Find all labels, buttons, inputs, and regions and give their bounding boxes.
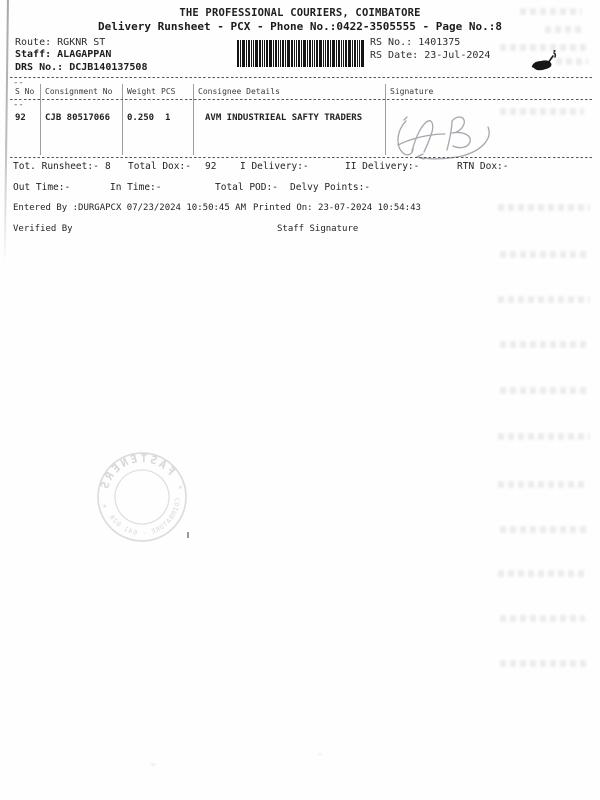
col-header-weight: Weight	[127, 87, 156, 96]
bleed-through-mark	[498, 204, 590, 211]
scan-edge-line	[4, 0, 9, 264]
bleed-through-mark	[520, 8, 582, 15]
rs-no-line: RS No.: 1401375	[370, 37, 460, 48]
in-time-label: In Time:-	[110, 182, 161, 193]
col-header-sno: S No	[15, 87, 34, 96]
stamp-bottom-text: COIMBATORE - 641 028	[107, 496, 190, 546]
drs-value: DCJB140137508	[69, 62, 147, 73]
bleed-through-mark	[556, 58, 588, 65]
route-line: Route: RGKNR ST	[15, 37, 105, 48]
bleed-through-mark	[498, 296, 590, 303]
col-header-consignee: Consignee Details	[198, 87, 280, 96]
stamp-top-text: FASTENERS	[91, 443, 179, 495]
rs-date-label: RS Date:	[370, 50, 418, 61]
bleed-through-mark	[545, 26, 585, 33]
route-label: Route:	[15, 37, 51, 48]
total-runsheet-label: Tot. Runsheet:-	[13, 161, 99, 172]
stamp-star-left: *	[177, 484, 184, 494]
page-subtitle: Delivery Runsheet - PCX - Phone No.:0422…	[0, 20, 600, 33]
total-dox-value: 92	[205, 161, 216, 172]
bleed-through-mark	[498, 481, 588, 488]
drs-line: DRS No.: DCJB140137508	[15, 62, 147, 73]
printed-on-text: Printed On: 23-07-2024 10:54:43	[253, 203, 421, 213]
col-header-consignment: Consignment No	[45, 87, 112, 96]
bleed-through-mark	[500, 108, 584, 115]
table-column-line-3	[193, 84, 194, 155]
bleed-through-mark	[500, 526, 588, 533]
out-time-label: Out Time:-	[13, 182, 70, 193]
scan-speck	[318, 753, 322, 756]
total-pod-label: Total POD:-	[215, 182, 278, 193]
entered-by-text: Entered By :DURGAPCX 07/23/2024 10:50:45…	[13, 203, 246, 213]
svg-text:COIMBATORE - 641 028: COIMBATORE - 641 028	[107, 496, 190, 546]
dashed-separator-top	[10, 77, 593, 78]
cell-sno: 92	[15, 113, 26, 123]
delvy-points-label: Delvy Points:-	[290, 182, 370, 193]
staff-signature-label: Staff Signature	[277, 224, 358, 234]
drs-label: DRS No.:	[15, 62, 63, 73]
ii-delivery-label: II Delivery:-	[345, 161, 419, 172]
delivery-runsheet-document: THE PROFESSIONAL COURIERS, COIMBATORE De…	[0, 0, 600, 800]
stray-ink-tick	[187, 532, 189, 538]
total-runsheet-value: 8	[105, 161, 111, 172]
rs-date-line: RS Date: 23-Jul-2024	[370, 50, 490, 61]
page-title: THE PROFESSIONAL COURIERS, COIMBATORE	[0, 7, 600, 19]
table-column-line-1	[40, 84, 41, 155]
cell-weight: 0.250	[127, 113, 154, 123]
dashed-separator-header	[10, 99, 593, 100]
bleed-through-mark	[498, 433, 590, 440]
scan-speck	[150, 763, 156, 766]
rtn-dox-label: RTN Dox:-	[457, 161, 508, 172]
staff-value: ALAGAPPAN	[57, 49, 111, 60]
bleed-through-mark	[500, 660, 588, 667]
staff-line: Staff: ALAGAPPAN	[15, 49, 111, 60]
rs-date-value: 23-Jul-2024	[424, 50, 490, 61]
svg-text:FASTENERS: FASTENERS	[91, 443, 179, 495]
stamp-star-right: *	[101, 503, 108, 513]
bleed-through-mark	[500, 387, 590, 394]
rs-no-label: RS No.:	[370, 37, 412, 48]
barcode	[237, 40, 365, 67]
cell-consignee: AVM INDUSTRIEAL SAFTY TRADERS	[205, 113, 362, 123]
col-header-signature: Signature	[390, 87, 433, 96]
cell-pcs: 1	[165, 113, 170, 123]
table-dash-mark-2: --	[13, 100, 24, 110]
col-header-pcs: PCS	[161, 87, 175, 96]
staff-label: Staff:	[15, 49, 51, 60]
table-column-line-4	[385, 84, 386, 155]
bleed-through-mark	[500, 341, 588, 348]
bleed-through-mark	[500, 615, 585, 622]
dashed-separator-bottom	[10, 157, 593, 158]
i-delivery-label: I Delivery:-	[240, 161, 309, 172]
rs-no-value: 1401375	[418, 37, 460, 48]
cell-consignment: CJB 80517066	[45, 113, 110, 123]
bleed-through-mark	[500, 251, 590, 258]
route-value: RGKNR ST	[57, 37, 105, 48]
rubber-stamp: FASTENERS COIMBATORE - 641 028 * *	[79, 434, 205, 560]
table-column-line-2	[122, 84, 123, 155]
verified-by-label: Verified By	[13, 224, 73, 234]
total-dox-label: Total Dox:-	[128, 161, 191, 172]
handwritten-signature	[393, 114, 498, 166]
bleed-through-mark	[498, 570, 588, 577]
bleed-through-mark	[500, 44, 586, 51]
